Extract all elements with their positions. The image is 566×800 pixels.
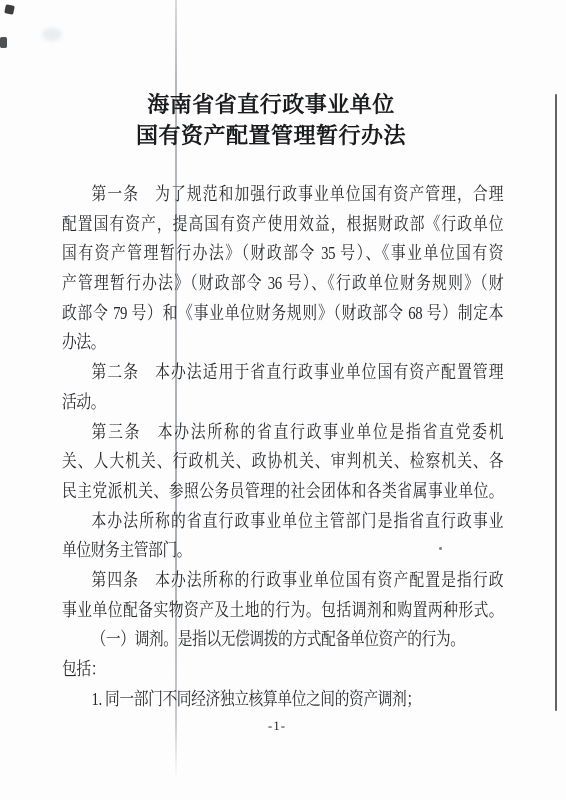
body-line: 活动。 — [62, 388, 503, 418]
scan-speck-top-left-1 — [4, 4, 15, 15]
right-edge-scan-line-artifact — [555, 94, 557, 711]
document-title-line-2: 国有资产配置管理暂行办法 — [0, 120, 542, 151]
document-title: 海南省省直行政事业单位 国有资产配置管理暂行办法 — [0, 89, 542, 151]
body-line: 办法。 — [62, 328, 503, 358]
scanned-document-page: 海南省省直行政事业单位 国有资产配置管理暂行办法 第一条 为了规范和加强行政事业… — [0, 0, 566, 800]
page-number: -1- — [257, 718, 297, 734]
body-line: 第三条 本办法所称的省直行政事业单位是指省直党委机 — [62, 418, 503, 448]
body-line: 国有资产管理暂行办法》（财政部令 35 号）、《事业单位国有资 — [62, 239, 503, 269]
body-line: 单位财务主管部门。 — [62, 536, 503, 566]
body-line: 民主党派机关、参照公务员管理的社会团体和各类省属事业单位。 — [62, 477, 503, 507]
body-line: 第一条 为了规范和加强行政事业单位国有资产管理，合理 — [62, 180, 503, 210]
body-line: 配置国有资产，提高国有资产使用效益，根据财政部《行政单位 — [62, 210, 503, 240]
scan-speck-top-left-2 — [0, 37, 7, 48]
body-line: （一）调剂。是指以无偿调拨的方式配备单位资产的行为。 — [62, 625, 503, 655]
body-line: 包括： — [62, 655, 503, 685]
body-line: 1. 同一部门不同经济独立核算单位之间的资产调剂； — [62, 685, 503, 715]
body-line: 产管理暂行办法》（财政部令 36 号）、《行政单位财务规则》（财 — [62, 269, 503, 299]
scan-smudge-top-left — [42, 28, 62, 41]
body-line: 关、人大机关、行政机关、政协机关、审判机关、检察机关、各 — [62, 447, 503, 477]
body-line: 本办法所称的省直行政事业单位主管部门是指省直行政事业 — [62, 507, 503, 537]
body-line: 第二条 本办法适用于省直行政事业单位国有资产配置管理 — [62, 358, 503, 388]
body-line: 事业单位配备实物资产及土地的行为。包括调剂和购置两种形式。 — [62, 596, 503, 626]
document-body: 第一条 为了规范和加强行政事业单位国有资产管理，合理配置国有资产，提高国有资产使… — [62, 180, 503, 714]
body-line: 政部令 79 号）和《事业单位财务规则》（财政部令 68 号）制定本 — [62, 299, 503, 329]
body-line: 第四条 本办法所称的行政事业单位国有资产配置是指行政 — [62, 566, 503, 596]
document-title-line-1: 海南省省直行政事业单位 — [0, 89, 542, 120]
